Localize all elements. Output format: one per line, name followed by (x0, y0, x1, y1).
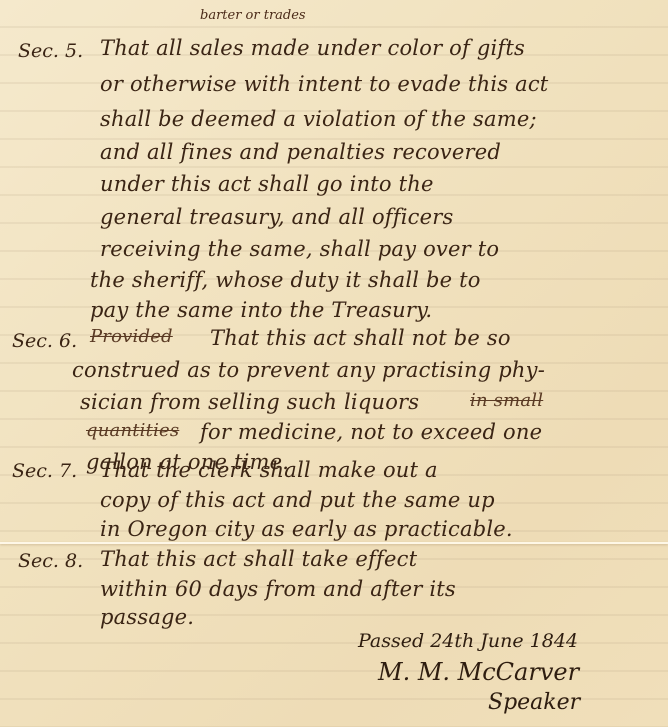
section-5-line-6: general treasury, and all officers (100, 205, 453, 229)
section-7-line-2: copy of this act and put the same up (100, 488, 495, 512)
section-8-label: Sec. 8. (18, 550, 83, 572)
section-7-line-3: in Oregon city as early as practicable. (100, 517, 513, 541)
document-page: Sec. 5. barter or trades That all sales … (0, 0, 668, 727)
section-7-line-1: That the clerk shall make out a (100, 458, 438, 482)
section-6-label: Sec. 6. (12, 330, 77, 352)
section-6-struck-word: Provided (90, 326, 173, 347)
section-5-line-4: and all fines and penalties recovered (100, 140, 501, 164)
section-6-struck-phrase-2: quantities (86, 420, 179, 441)
speaker-signature: M. M. McCarver (378, 658, 579, 686)
section-6-line-2: construed as to prevent any practising p… (72, 358, 545, 382)
section-6-struck-phrase-1: in small (470, 390, 543, 411)
section-5-line-3: shall be deemed a violation of the same; (100, 107, 537, 131)
section-5-line-9: pay the same into the Treasury. (90, 298, 432, 322)
section-5-label: Sec. 5. (18, 40, 83, 62)
passed-date: Passed 24th June 1844 (358, 630, 578, 652)
section-5-insertion: barter or trades (200, 8, 306, 23)
section-5-line-1: That all sales made under color of gifts (100, 36, 525, 60)
section-5-line-2: or otherwise with intent to evade this a… (100, 72, 548, 96)
section-6-line-1: That this act shall not be so (210, 326, 511, 350)
section-5-line-5: under this act shall go into the (100, 172, 434, 196)
section-8-line-3: passage. (100, 605, 194, 629)
section-7-label: Sec. 7. (12, 460, 77, 482)
section-5-line-7: receiving the same, shall pay over to (100, 237, 499, 261)
speaker-title: Speaker (488, 690, 580, 715)
section-6-line-4: for medicine, not to exceed one (200, 420, 542, 444)
section-5-line-8: the sheriff, whose duty it shall be to (90, 268, 481, 292)
section-6-line-3: sician from selling such liquors (80, 390, 419, 414)
section-8-line-2: within 60 days from and after its (100, 577, 456, 601)
section-8-line-1: That this act shall take effect (100, 547, 417, 571)
paper-fold (0, 542, 668, 544)
